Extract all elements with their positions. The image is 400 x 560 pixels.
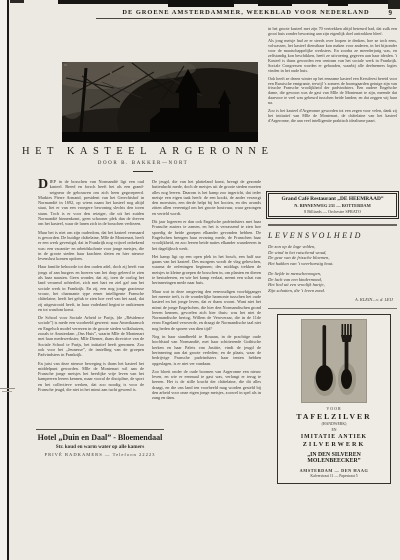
article-column-1: DIEP in de bosschen van Normandië ligt e… — [38, 179, 144, 427]
cutlery-illustration — [301, 319, 367, 403]
column-1-paragraphs: Maar het is niet om zijn ouderdom, dat h… — [38, 230, 144, 393]
scan-artifact — [2, 391, 12, 392]
sidebar-article-text: in het groote kasteel met zijn 70 vertre… — [268, 27, 397, 190]
poem-line: Het hakken van 't weerbarstig hout. — [268, 261, 397, 267]
article-paragraph: En juist van deze nieuwe beweging is tha… — [38, 361, 144, 393]
scan-artifact — [168, 0, 234, 7]
right-sidebar: in het groote kasteel met zijn 70 vertre… — [268, 27, 397, 484]
tafelzilver-ad: VOOR TAFELZILVER (HANDWERK) EN IMITATIE … — [277, 314, 391, 484]
left-border-rule — [7, 0, 9, 560]
scan-artifact — [388, 0, 400, 9]
poem-stanza-2: De liefde in menschenoogen,De lach van e… — [268, 271, 397, 293]
article-paragraph: in het groote kasteel met zijn 70 vertre… — [268, 27, 397, 37]
section-divider — [268, 224, 397, 226]
hotel-ad-line2: Str. koud en warm water op alle kamers — [36, 444, 164, 450]
article-paragraph: Dit jaar logeeren er dan ook Engelsche p… — [152, 219, 261, 251]
section-divider — [268, 308, 397, 309]
heemraad-ad-line1: Grand Café Restaurant „DE HEEMRAAD” — [270, 196, 395, 202]
poem-signature: A. KLEIN—v. d. LEIJ — [268, 297, 397, 302]
article-byline: DOOR B. BAKKER—NORT — [22, 161, 264, 166]
article-header: HET KASTEEL ARGERONNE DOOR B. BAKKER—NOR… — [22, 146, 264, 172]
article-paragraph: Maar het is niet om zijn ouderdom, dat h… — [38, 230, 144, 262]
article-paragraph: Zoo bloeit onder de oude boomen van Arge… — [152, 369, 261, 401]
zilver-ad-title: TAFELZILVER — [281, 412, 387, 421]
article-paragraph: Zoo is het kasteel d'Argeronne geworden … — [268, 109, 397, 124]
article-paragraph: De School voor Sociale Arbeid te Parijs,… — [38, 315, 144, 357]
scan-artifact — [328, 0, 348, 6]
hotel-ad-title: Hotel „Duin en Daal” - Bloemendaal — [36, 433, 164, 442]
article-paragraph: Nog in haar standbeeld te Rouaan, in de … — [152, 334, 261, 366]
heemraad-ad-line3: 8 Billiards — Orchestre SPRATO — [270, 209, 395, 214]
scan-artifact — [258, 0, 292, 6]
byline-rule — [133, 171, 153, 172]
masthead-title: DE GROENE AMSTERDAMMER, WEEKBLAD VOOR NE… — [96, 9, 396, 16]
article-title: HET KASTEEL ARGERONNE — [22, 146, 264, 157]
poem-line: Zijn schatten, die 't leven zond. — [268, 288, 397, 294]
scan-artifact — [10, 0, 24, 3]
poem-stanza-1: De zon op de lage velden,De wind in het … — [268, 244, 397, 266]
zilver-ad-line: IMITATIE ANTIEK — [281, 434, 387, 440]
zilver-ad-shopname: MOLENBEECKER” — [281, 458, 387, 464]
zilver-ad-addresses: Kalverstraat 11 — Papestraat 5 — [281, 474, 387, 478]
article-paragraph: Ook heeft ze dezen winter op het eenzame… — [268, 77, 397, 107]
heemraad-ad-line2: N. BINNENWEG 231 — ROTTERDAM — [270, 203, 395, 208]
lead-text: IEP in de bosschen van Normandië ligt ee… — [38, 179, 144, 226]
hotel-ad-line3: PRIVÉ BADKAMERS — Telefoon 22223 — [36, 452, 164, 457]
masthead: DE GROENE AMSTERDAMMER, WEEKBLAD VOOR NE… — [96, 9, 396, 19]
article-paragraph: Het kamp ligt op een open plek in het bo… — [152, 254, 261, 286]
castle-photo-image — [62, 62, 258, 142]
zilver-ad-cities: AMSTERDAM — DEN HAAG — [281, 468, 387, 473]
article-paragraph: De jeugd, die van het platteland komt, b… — [152, 179, 261, 216]
zilver-ad-line: VOOR — [281, 406, 387, 411]
zilver-ad-line: ZILVERWERK — [281, 441, 387, 448]
hotel-duin-en-daal-ad: Hotel „Duin en Daal” - Bloemendaal Str. … — [36, 429, 164, 457]
drop-cap: D — [38, 179, 50, 190]
castle-photo — [62, 62, 258, 142]
spoon-fork-image — [301, 319, 367, 403]
zilver-ad-line: EN — [281, 428, 387, 432]
scan-margin — [0, 0, 7, 560]
zilver-ad-line: (HANDWERK) — [281, 422, 387, 426]
newspaper-page: DE GROENE AMSTERDAMMER, WEEKBLAD VOOR NE… — [0, 0, 400, 560]
article-lead-paragraph: DIEP in de bosschen van Normandië ligt e… — [38, 179, 144, 227]
poem-title: LEVENSVOLHEID — [268, 231, 397, 240]
masthead-rule — [96, 18, 396, 19]
page-number: 9 — [389, 9, 393, 17]
scan-artifact — [0, 388, 15, 389]
article-paragraph: Haar familie behoorde tot den ouden adel… — [38, 264, 144, 312]
article-column-2: De jeugd, die van het platteland komt, b… — [152, 179, 261, 505]
article-paragraph: Maar wat in deze omgeving den eenvoudige… — [152, 289, 261, 331]
heemraad-restaurant-ad: Grand Café Restaurant „DE HEEMRAAD” N. B… — [268, 193, 397, 217]
article-paragraph: Als jong meisje had ze er steeds over lo… — [268, 39, 397, 74]
